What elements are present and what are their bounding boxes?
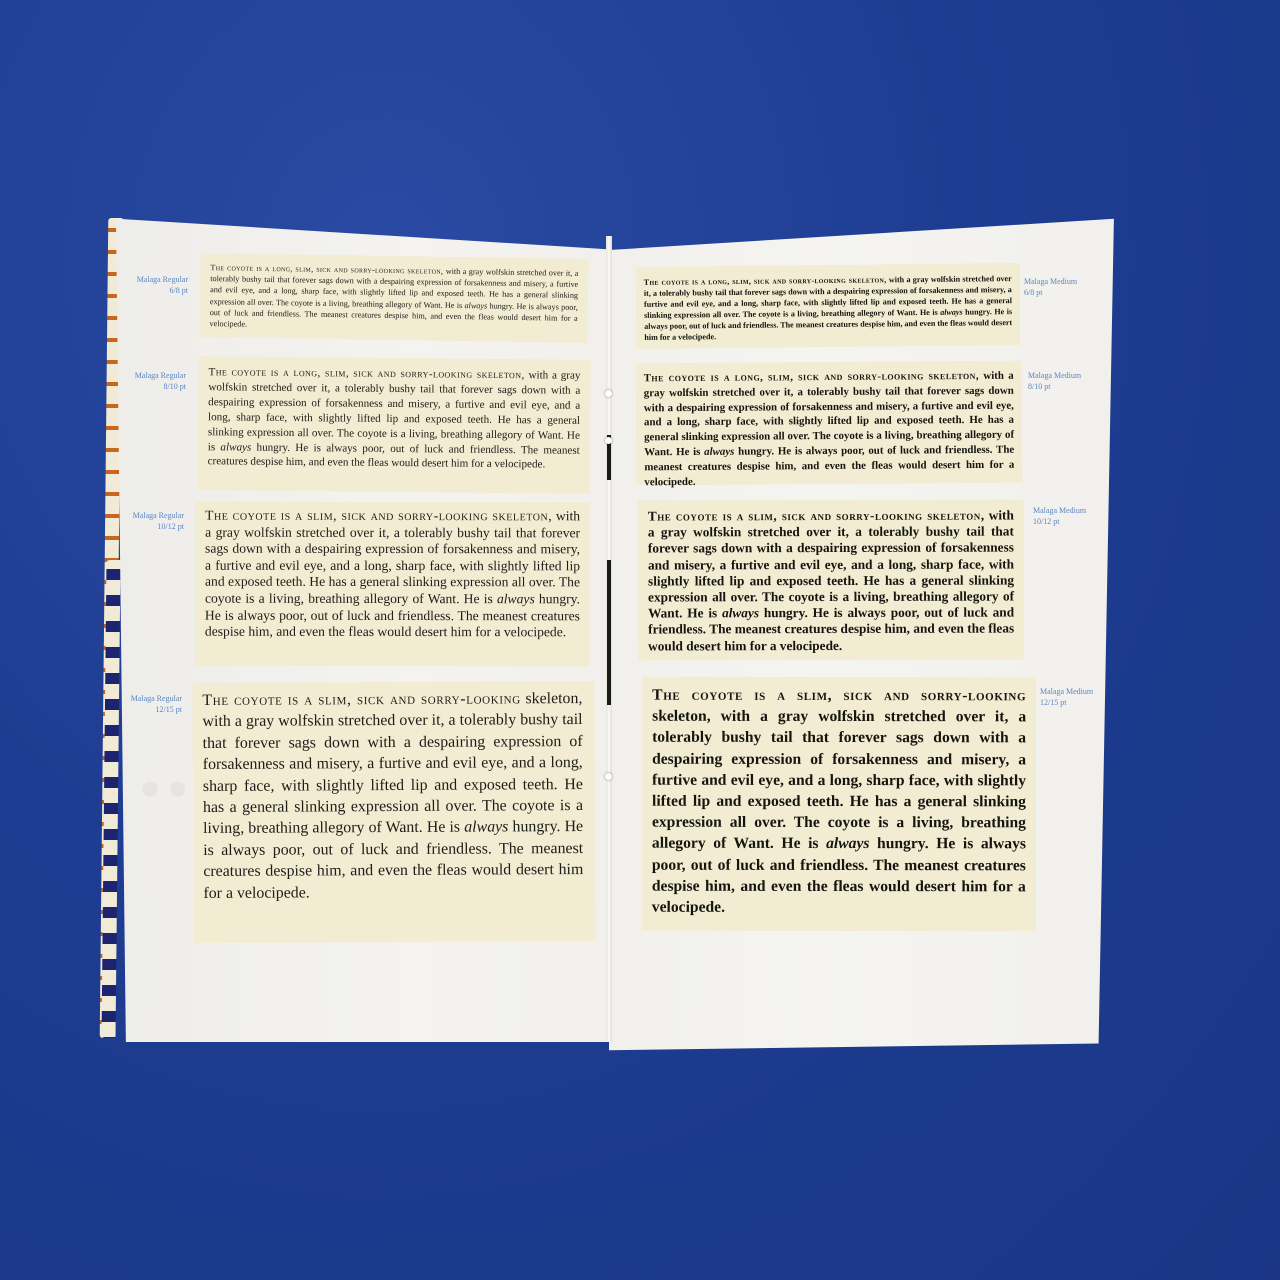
- sample-label: Malaga Medium 6/8 pt: [1024, 276, 1104, 298]
- stitch-hole: [605, 773, 612, 780]
- sample-label: Malaga Medium 12/15 pt: [1040, 686, 1120, 708]
- font-name: Malaga Regular: [112, 693, 182, 704]
- text-sample-regular-6-8: The coyote is a long, slim, sick and sor…: [199, 253, 588, 343]
- text-sample-medium-6-8: The coyote is a long, slim, sick and sor…: [636, 263, 1021, 349]
- stitch-hole: [605, 390, 612, 397]
- font-name: Malaga Medium: [1033, 505, 1113, 516]
- sample-label: Malaga Medium 10/12 pt: [1033, 505, 1113, 527]
- sample-label: Malaga Regular 6/8 pt: [118, 274, 188, 296]
- sample-label: Malaga Medium 8/10 pt: [1028, 370, 1108, 392]
- font-size: 12/15 pt: [1040, 697, 1120, 708]
- font-name: Malaga Regular: [114, 510, 184, 521]
- font-size: 6/8 pt: [118, 285, 188, 296]
- text-sample-regular-12-15: The coyote is a slim, sick and sorry-loo…: [192, 681, 595, 943]
- sample-label: Malaga Regular 10/12 pt: [114, 510, 184, 532]
- font-size: 8/10 pt: [116, 381, 186, 392]
- sample-label: Malaga Regular 12/15 pt: [112, 693, 182, 715]
- font-size: 10/12 pt: [114, 521, 184, 532]
- font-name: Malaga Medium: [1040, 686, 1120, 697]
- stitch-hole: [605, 437, 612, 444]
- font-size: 6/8 pt: [1024, 287, 1104, 298]
- text-sample-medium-8-10: The coyote is a long, slim, sick and sor…: [636, 361, 1023, 486]
- font-size: 8/10 pt: [1028, 381, 1108, 392]
- photo-scene: ··· Malaga Regular 6/8 pt Malaga Regular…: [0, 0, 1280, 1280]
- font-size: 10/12 pt: [1033, 516, 1113, 527]
- font-name: Malaga Regular: [118, 274, 188, 285]
- text-sample-medium-12-15: The coyote is a slim, sick and sorry-loo…: [642, 677, 1036, 932]
- text-sample-regular-8-10: The coyote is a long, slim, sick and sor…: [197, 356, 590, 494]
- gutter-dark-band: [607, 560, 611, 705]
- font-size: 12/15 pt: [112, 704, 182, 715]
- font-name: Malaga Medium: [1028, 370, 1108, 381]
- text-sample-regular-10-12: The coyote is a slim, sick and sorry-loo…: [195, 502, 590, 667]
- sample-label: Malaga Regular 8/10 pt: [116, 370, 186, 392]
- font-name: Malaga Medium: [1024, 276, 1104, 287]
- text-sample-medium-10-12: The coyote is a slim, sick and sorry-loo…: [638, 499, 1024, 660]
- font-name: Malaga Regular: [116, 370, 186, 381]
